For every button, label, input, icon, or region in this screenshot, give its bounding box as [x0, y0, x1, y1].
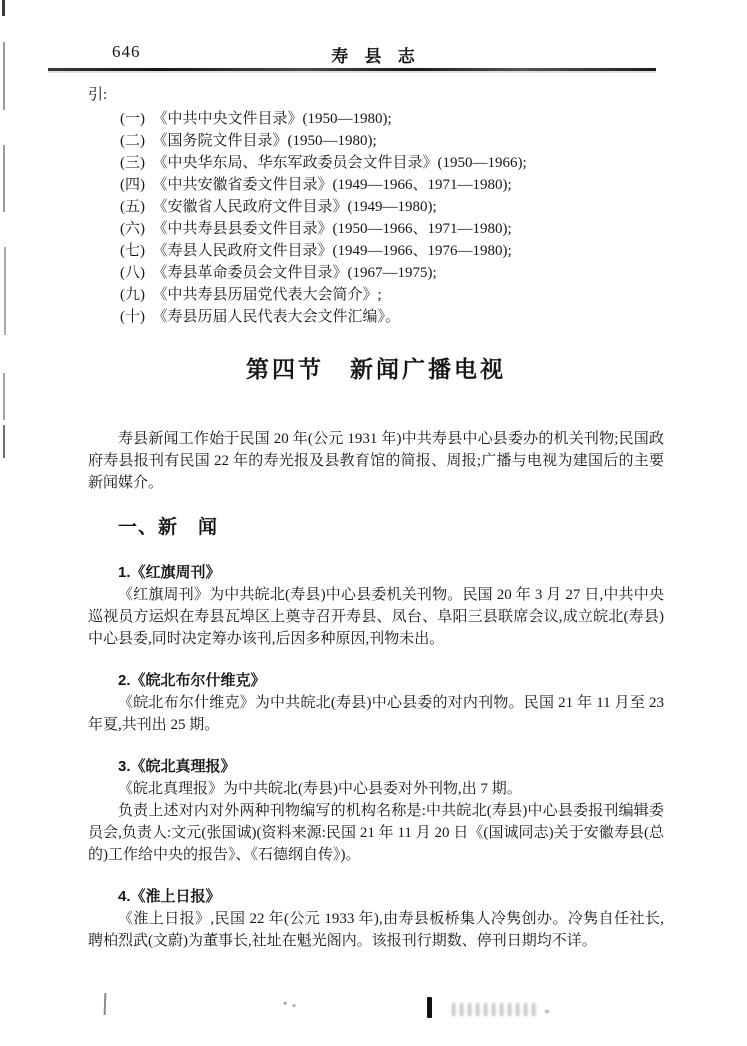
entry-heading-wanbei-zhenlibao: 3.《皖北真理报》: [88, 756, 664, 778]
reference-item: (一) 《中共中央文件目录》(1950—1980);: [88, 108, 664, 130]
reference-item: (四) 《中共安徽省委文件目录》(1949—1966、1971—1980);: [88, 174, 664, 196]
entry-heading-wanbei-buersheweike: 2.《皖北布尔什维克》: [88, 670, 664, 692]
scanned-book-page: 646 寿 县 志 引: (一) 《中共中央文件目录》(1950—1980); …: [0, 0, 747, 1046]
references-label: 引:: [88, 84, 664, 106]
reference-item: (九) 《中共寿县历届党代表大会简介》;: [88, 284, 664, 306]
scan-artifact-bottom-bar: [427, 997, 432, 1018]
entry-paragraph: 《皖北布尔什维克》为中共皖北(寿县)中心县委的对内刊物。民国 21 年 11 月…: [88, 692, 664, 736]
reference-item: (八) 《寿县革命委员会文件目录》(1967—1975);: [88, 262, 664, 284]
scan-artifact-left-edge: [4, 247, 6, 335]
scan-artifact-left-edge: [3, 145, 5, 212]
book-title: 寿 县 志: [88, 42, 664, 67]
subsection-title: 一、新 闻: [88, 514, 664, 542]
entry-paragraph: 负责上述对内对外两种刊物编写的机构名称是:中共皖北(寿县)中心县委报刊编辑委员会…: [88, 800, 664, 866]
scan-artifact-left-edge: [3, 425, 5, 458]
scan-artifact-left-edge: [3, 42, 5, 110]
reference-item: (七) 《寿县人民政府文件目录》(1949—1966、1976—1980);: [88, 240, 664, 262]
page-header: 646 寿 县 志: [88, 42, 664, 66]
reference-item: (六) 《中共寿县县委文件目录》(1950—1966、1971—1980);: [88, 218, 664, 240]
references-list: (一) 《中共中央文件目录》(1950—1980); (二) 《国务院文件目录》…: [88, 108, 664, 328]
section-title: 第四节 新闻广播电视: [88, 354, 664, 386]
entry-heading-huaishang-ribao: 4.《淮上日报》: [88, 886, 664, 908]
page-body: 引: (一) 《中共中央文件目录》(1950—1980); (二) 《国务院文件…: [88, 84, 664, 952]
reference-item: (三) 《中央华东局、华东军政委员会文件目录》(1950—1966);: [88, 152, 664, 174]
scan-artifact-bottom-smudge: [452, 1003, 538, 1016]
scan-artifact-left-edge: [2, 0, 5, 16]
scan-artifact-bottom-speck: [545, 1010, 549, 1013]
entry-heading-hongqi-zhoukan: 1.《红旗周刊》: [88, 562, 664, 584]
entry-paragraph: 《红旗周刊》为中共皖北(寿县)中心县委机关刊物。民国 20 年 3 月 27 日…: [88, 584, 664, 650]
reference-item: (十) 《寿县历届人民代表大会文件汇编》。: [88, 306, 664, 328]
header-rule: [48, 68, 656, 71]
entry-paragraph: 《皖北真理报》为中共皖北(寿县)中心县委对外刊物,出 7 期。: [88, 778, 664, 800]
entry-paragraph: 《淮上日报》,民国 22 年(公元 1933 年),由寿县板桥集人冷隽创办。冷隽…: [88, 908, 664, 952]
scan-artifact-bottom-tick: [104, 993, 107, 1015]
scan-artifact-left-edge: [3, 373, 5, 420]
section-intro-paragraph: 寿县新闻工作始于民国 20 年(公元 1931 年)中共寿县中心县委办的机关刊物…: [88, 428, 664, 494]
reference-item: (二) 《国务院文件目录》(1950—1980);: [88, 130, 664, 152]
scan-artifact-bottom-specks: [282, 1000, 298, 1008]
reference-item: (五) 《安徽省人民政府文件目录》(1949—1980);: [88, 196, 664, 218]
